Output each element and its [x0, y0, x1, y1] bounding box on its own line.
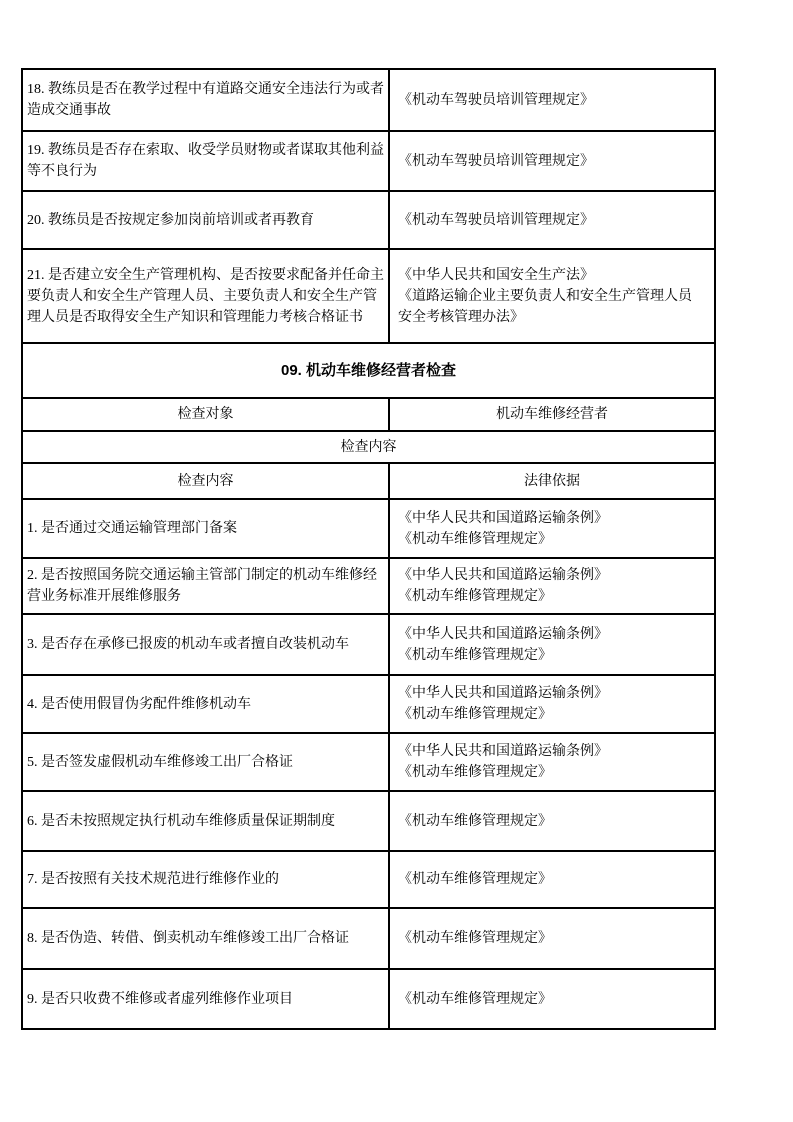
- checklist-item-cell: 4. 是否使用假冒伪劣配件维修机动车: [22, 675, 389, 733]
- section-title: 09. 机动车维修经营者检查: [22, 343, 715, 398]
- content-band-label: 检查内容: [22, 431, 715, 463]
- legal-basis-cell: 《中华人民共和国道路运输条例》 《机动车维修管理规定》: [389, 558, 715, 614]
- checklist-item-cell: 7. 是否按照有关技术规范进行维修作业的: [22, 851, 389, 908]
- legal-basis-cell: 《机动车驾驶员培训管理规定》: [389, 69, 715, 131]
- checklist-item-cell: 8. 是否伪造、转借、倒卖机动车维修竣工出厂合格证: [22, 908, 389, 969]
- table-row: 1. 是否通过交通运输管理部门备案 《中华人民共和国道路运输条例》 《机动车维修…: [22, 499, 715, 558]
- table-row: 4. 是否使用假冒伪劣配件维修机动车 《中华人民共和国道路运输条例》 《机动车维…: [22, 675, 715, 733]
- table-row: 检查对象 机动车维修经营者: [22, 398, 715, 431]
- checklist-item-cell: 18. 教练员是否在教学过程中有道路交通安全违法行为或者造成交通事故: [22, 69, 389, 131]
- document-page: 18. 教练员是否在教学过程中有道路交通安全违法行为或者造成交通事故 《机动车驾…: [0, 0, 793, 1122]
- table-row: 9. 是否只收费不维修或者虚列维修作业项目 《机动车维修管理规定》: [22, 969, 715, 1029]
- checklist-item-cell: 1. 是否通过交通运输管理部门备案: [22, 499, 389, 558]
- checklist-item-cell: 19. 教练员是否存在索取、收受学员财物或者谋取其他利益等不良行为: [22, 131, 389, 191]
- table-row: 检查内容: [22, 431, 715, 463]
- checklist-sheet: 18. 教练员是否在教学过程中有道路交通安全违法行为或者造成交通事故 《机动车驾…: [21, 68, 716, 1030]
- checklist-item-cell: 9. 是否只收费不维修或者虚列维修作业项目: [22, 969, 389, 1029]
- legal-basis-cell: 《机动车驾驶员培训管理规定》: [389, 131, 715, 191]
- table-row: 7. 是否按照有关技术规范进行维修作业的 《机动车维修管理规定》: [22, 851, 715, 908]
- legal-basis-column-header: 法律依据: [389, 463, 715, 499]
- table-row: 18. 教练员是否在教学过程中有道路交通安全违法行为或者造成交通事故 《机动车驾…: [22, 69, 715, 131]
- table-row: 6. 是否未按照规定执行机动车维修质量保证期制度 《机动车维修管理规定》: [22, 791, 715, 851]
- legal-basis-cell: 《中华人民共和国安全生产法》 《道路运输企业主要负责人和安全生产管理人员安全考核…: [389, 249, 715, 343]
- legal-basis-cell: 《机动车维修管理规定》: [389, 791, 715, 851]
- inspection-object-value: 机动车维修经营者: [389, 398, 715, 431]
- inspection-checklist-table: 18. 教练员是否在教学过程中有道路交通安全违法行为或者造成交通事故 《机动车驾…: [21, 68, 716, 1030]
- table-row: 检查内容 法律依据: [22, 463, 715, 499]
- checklist-item-cell: 5. 是否签发虚假机动车维修竣工出厂合格证: [22, 733, 389, 791]
- inspection-object-header: 检查对象: [22, 398, 389, 431]
- content-column-header: 检查内容: [22, 463, 389, 499]
- checklist-item-cell: 20. 教练员是否按规定参加岗前培训或者再教育: [22, 191, 389, 249]
- checklist-item-cell: 3. 是否存在承修已报废的机动车或者擅自改装机动车: [22, 614, 389, 675]
- legal-basis-cell: 《机动车驾驶员培训管理规定》: [389, 191, 715, 249]
- legal-basis-cell: 《机动车维修管理规定》: [389, 969, 715, 1029]
- legal-basis-cell: 《机动车维修管理规定》: [389, 851, 715, 908]
- table-row: 20. 教练员是否按规定参加岗前培训或者再教育 《机动车驾驶员培训管理规定》: [22, 191, 715, 249]
- checklist-item-cell: 6. 是否未按照规定执行机动车维修质量保证期制度: [22, 791, 389, 851]
- table-row: 2. 是否按照国务院交通运输主管部门制定的机动车维修经营业务标准开展维修服务 《…: [22, 558, 715, 614]
- table-row: 21. 是否建立安全生产管理机构、是否按要求配备并任命主要负责人和安全生产管理人…: [22, 249, 715, 343]
- table-row: 19. 教练员是否存在索取、收受学员财物或者谋取其他利益等不良行为 《机动车驾驶…: [22, 131, 715, 191]
- table-row: 5. 是否签发虚假机动车维修竣工出厂合格证 《中华人民共和国道路运输条例》 《机…: [22, 733, 715, 791]
- legal-basis-cell: 《机动车维修管理规定》: [389, 908, 715, 969]
- legal-basis-cell: 《中华人民共和国道路运输条例》 《机动车维修管理规定》: [389, 499, 715, 558]
- checklist-item-cell: 21. 是否建立安全生产管理机构、是否按要求配备并任命主要负责人和安全生产管理人…: [22, 249, 389, 343]
- legal-basis-cell: 《中华人民共和国道路运输条例》 《机动车维修管理规定》: [389, 733, 715, 791]
- table-row: 09. 机动车维修经营者检查: [22, 343, 715, 398]
- table-row: 3. 是否存在承修已报废的机动车或者擅自改装机动车 《中华人民共和国道路运输条例…: [22, 614, 715, 675]
- table-row: 8. 是否伪造、转借、倒卖机动车维修竣工出厂合格证 《机动车维修管理规定》: [22, 908, 715, 969]
- checklist-item-cell: 2. 是否按照国务院交通运输主管部门制定的机动车维修经营业务标准开展维修服务: [22, 558, 389, 614]
- legal-basis-cell: 《中华人民共和国道路运输条例》 《机动车维修管理规定》: [389, 614, 715, 675]
- legal-basis-cell: 《中华人民共和国道路运输条例》 《机动车维修管理规定》: [389, 675, 715, 733]
